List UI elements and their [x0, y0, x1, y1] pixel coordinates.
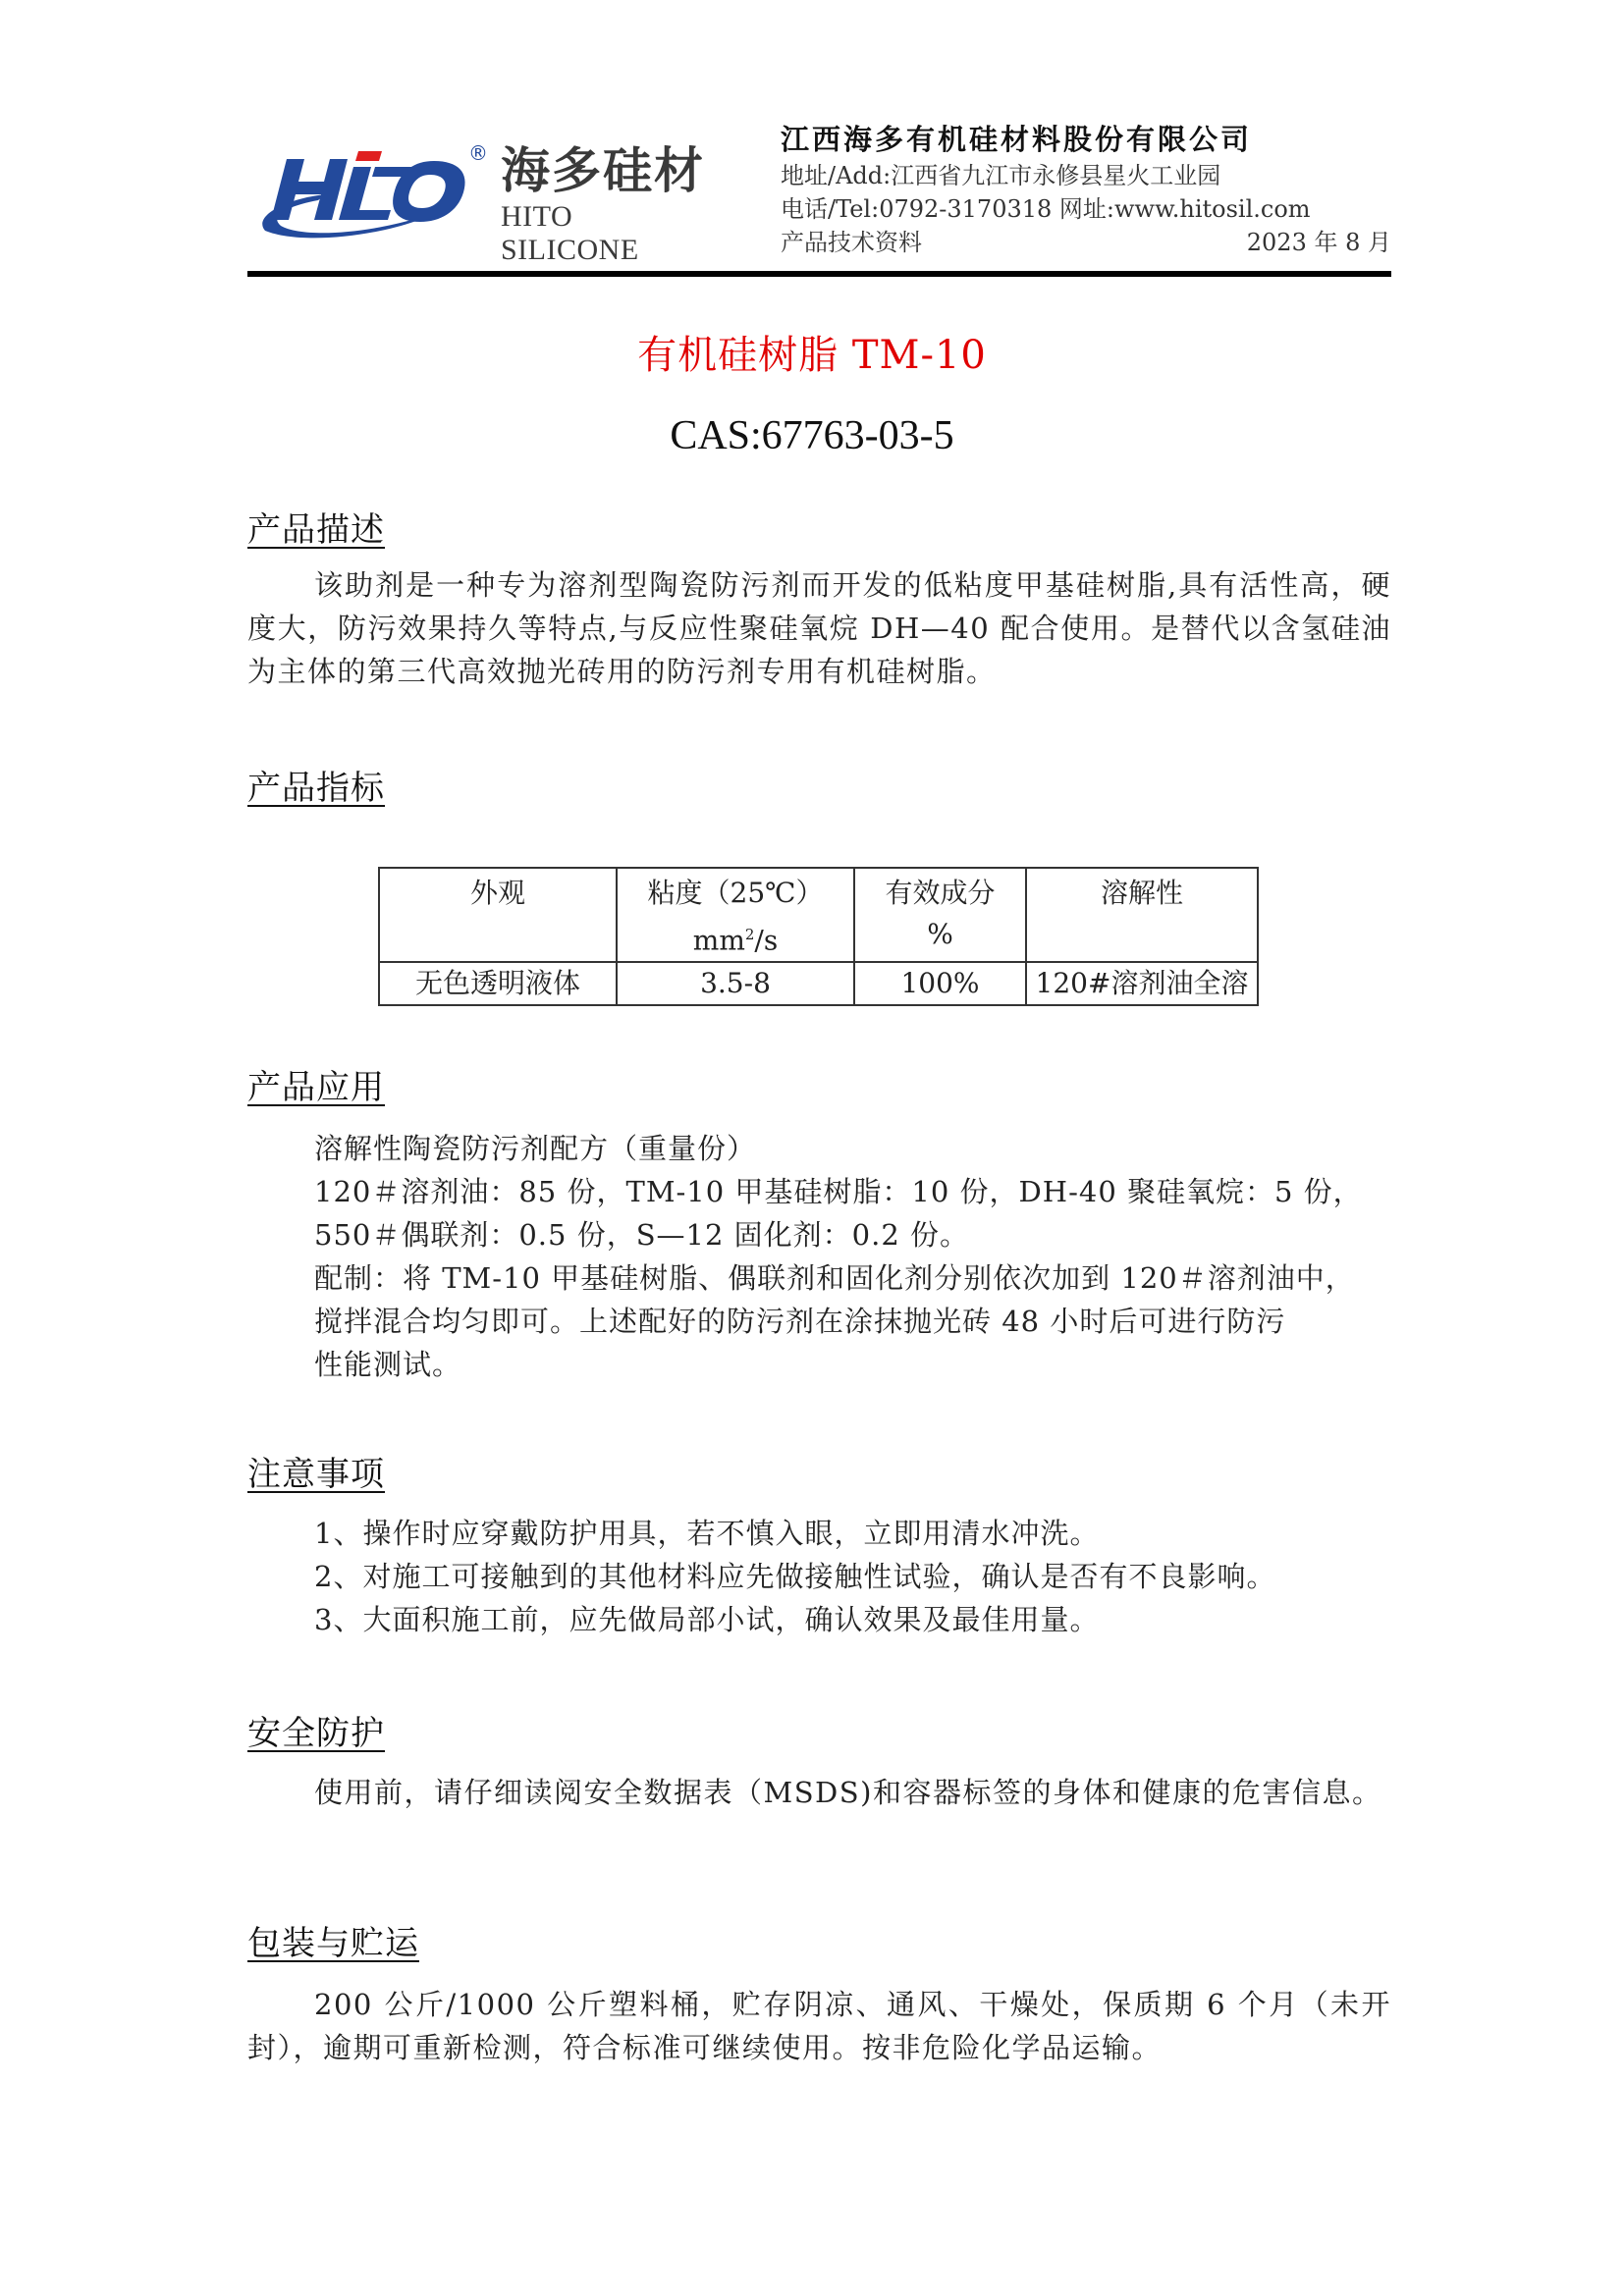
- doc-date: 2023 年 8 月: [1247, 226, 1391, 259]
- hito-logo-mark-icon: [247, 137, 473, 245]
- section-heading-specs: 产品指标: [247, 761, 385, 809]
- cell-viscosity: 3.5-8: [617, 962, 854, 1005]
- header-divider: [247, 271, 1391, 277]
- table-row: 无色透明液体 3.5-8 100% 120#溶剂油全溶: [379, 962, 1258, 1005]
- section-heading-application: 产品应用: [247, 1060, 385, 1108]
- table-header-viscosity: 粘度（25℃） mm2/s: [617, 868, 854, 962]
- logo-cn-name: 海多硅材: [501, 143, 705, 198]
- cell-content: 100%: [854, 962, 1026, 1005]
- cas-number: CAS:67763-03-5: [0, 412, 1624, 459]
- company-address: 地址/Add:江西省九江市永修县星火工业园: [781, 159, 1391, 192]
- product-title: 有机硅树脂 TM-10: [0, 324, 1624, 380]
- application-line: 性能测试。: [314, 1343, 1394, 1386]
- company-contact: 电话/Tel:0792-3170318 网址:www.hitosil.com: [781, 192, 1391, 226]
- doc-meta-row: 产品技术资料 2023 年 8 月: [781, 226, 1391, 259]
- spec-table: 外观 粘度（25℃） mm2/s 有效成分 % 溶解性 无色透明液体 3.5-8…: [378, 867, 1259, 1006]
- application-line: 550＃偶联剂：0.5 份，S—12 固化剂：0.2 份。: [314, 1213, 1394, 1256]
- section-heading-packaging: 包装与贮运: [247, 1916, 419, 1964]
- application-line: 配制：将 TM-10 甲基硅树脂、偶联剂和固化剂分别依次加到 120＃溶剂油中，: [314, 1256, 1394, 1300]
- notes-list: 1、操作时应穿戴防护用具，若不慎入眼，立即用清水冲洗。 2、对施工可接触到的其他…: [314, 1512, 1394, 1641]
- description-text: 该助剂是一种专为溶剂型陶瓷防污剂而开发的低粘度甲基硅树脂,具有活性高，硬度大，防…: [247, 563, 1391, 693]
- company-logo: ® 海多硅材 HITO SILICONE: [247, 137, 709, 245]
- list-item: 1、操作时应穿戴防护用具，若不慎入眼，立即用清水冲洗。: [314, 1512, 1394, 1555]
- logo-en-name: HITO SILICONE: [501, 200, 709, 267]
- doc-type: 产品技术资料: [781, 226, 922, 259]
- list-item: 2、对施工可接触到的其他材料应先做接触性试验，确认是否有不良影响。: [314, 1555, 1394, 1598]
- company-info: 江西海多有机硅材料股份有限公司 地址/Add:江西省九江市永修县星火工业园 电话…: [781, 120, 1391, 259]
- list-item: 3、大面积施工前，应先做局部小试，确认效果及最佳用量。: [314, 1598, 1394, 1641]
- table-header-row: 外观 粘度（25℃） mm2/s 有效成分 % 溶解性: [379, 868, 1258, 962]
- section-heading-description: 产品描述: [247, 503, 385, 551]
- application-line: 120＃溶剂油：85 份，TM-10 甲基硅树脂：10 份，DH-40 聚硅氧烷…: [314, 1170, 1394, 1213]
- registered-trademark-icon: ®: [468, 141, 488, 165]
- cell-appearance: 无色透明液体: [379, 962, 617, 1005]
- section-heading-safety: 安全防护: [247, 1706, 385, 1754]
- table-header-content: 有效成分 %: [854, 868, 1026, 962]
- safety-text: 使用前，请仔细读阅安全数据表（MSDS)和容器标签的身体和健康的危害信息。: [247, 1771, 1391, 1814]
- section-heading-notes: 注意事项: [247, 1447, 385, 1495]
- company-name: 江西海多有机硅材料股份有限公司: [781, 120, 1391, 159]
- application-text: 溶解性陶瓷防污剂配方（重量份） 120＃溶剂油：85 份，TM-10 甲基硅树脂…: [314, 1127, 1394, 1386]
- cell-solubility: 120#溶剂油全溶: [1026, 962, 1258, 1005]
- application-line: 搅拌混合均匀即可。上述配好的防污剂在涂抹抛光砖 48 小时后可进行防污: [314, 1300, 1394, 1343]
- application-line: 溶解性陶瓷防污剂配方（重量份）: [314, 1127, 1394, 1170]
- table-header-solubility: 溶解性: [1026, 868, 1258, 962]
- packaging-text: 200 公斤/1000 公斤塑料桶，贮存阴凉、通风、干燥处，保质期 6 个月（未…: [247, 1983, 1391, 2069]
- table-header-appearance: 外观: [379, 868, 617, 962]
